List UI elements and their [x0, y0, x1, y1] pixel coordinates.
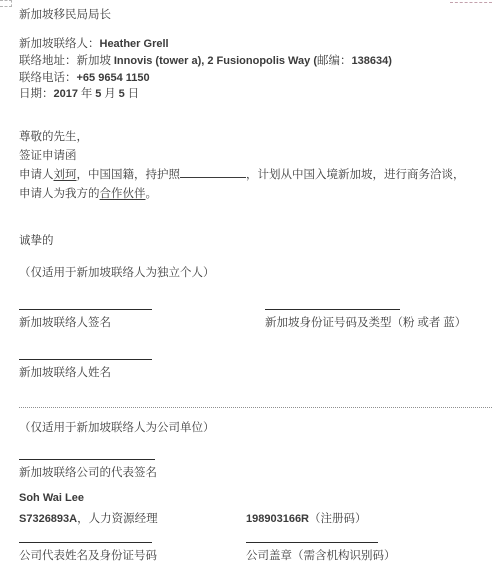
date-label: 日期：	[19, 88, 54, 100]
company-rep-id-line: S7326893A，人力资源经理	[19, 510, 158, 526]
company-reg-label: （注册码）	[309, 513, 367, 525]
company-rep-name: Soh Wai Lee	[19, 492, 84, 504]
company-rep-signature-block: 新加坡联络公司的代表签名	[19, 459, 155, 480]
salutation-text: 尊敬的先生，	[19, 131, 88, 143]
passport-number-blank	[180, 167, 246, 178]
contact-address-label: 联络地址：新加坡	[19, 55, 114, 67]
recipient-text: 新加坡移民局局长	[19, 9, 111, 21]
individual-signature-line	[19, 309, 152, 310]
contact-postal-label: 邮编：	[317, 55, 352, 67]
applicant-name: 刘珂	[54, 169, 77, 181]
section-divider	[19, 407, 492, 408]
contact-phone-label: 联络电话：	[19, 72, 77, 84]
contact-postal-value: 138634)	[351, 55, 391, 67]
salutation: 尊敬的先生，	[19, 128, 88, 144]
closing-text: 诚挚的	[19, 235, 54, 247]
body-prefix: 申请人	[19, 169, 54, 181]
company-stamp-line	[246, 542, 378, 543]
contact-address-value: Innovis (tower a), 2 Fusionopolis Way (	[114, 55, 317, 67]
company-rep-nameid-block: 公司代表姓名及身份证号码	[19, 542, 152, 563]
date-month-unit: 月	[101, 88, 118, 100]
company-rep-id: S7326893A	[19, 513, 77, 525]
body-period: 。	[146, 188, 158, 200]
individual-name-line	[19, 359, 152, 360]
body-plan: ，计划从中国入境新加坡，进行商务洽谈，	[246, 169, 465, 181]
contact-address-line: 联络地址：新加坡 Innovis (tower a), 2 Fusionopol…	[19, 52, 392, 68]
subject-text: 签证申请函	[19, 150, 77, 162]
body-line2-prefix: 申请人为我方的	[19, 188, 100, 200]
individual-name-label: 新加坡联络人姓名	[19, 364, 152, 380]
date-line: 日期：2017 年 5 月 5 日	[19, 85, 139, 101]
company-rep-name-line: Soh Wai Lee	[19, 492, 84, 504]
company-rep-title: ，人力资源经理	[77, 513, 158, 525]
company-reg-number: 198903166R	[246, 513, 309, 525]
closing: 诚挚的	[19, 232, 54, 248]
contact-person-value: Heather Grell	[100, 38, 169, 50]
margin-crop-mark-left	[0, 0, 12, 7]
company-rep-nameid-line	[19, 542, 152, 543]
date-day-unit: 日	[125, 88, 139, 100]
individual-signature-label: 新加坡联络人签名	[19, 314, 152, 330]
individual-name-block: 新加坡联络人姓名	[19, 359, 152, 380]
company-stamp-block: 公司盖章（需含机构识别码）	[246, 542, 378, 563]
company-note: （仅适用于新加坡联络人为公司单位）	[19, 419, 215, 435]
partner-text: 合作伙伴	[100, 188, 146, 200]
company-stamp-label: 公司盖章（需含机构识别码）	[246, 547, 378, 563]
contact-person-line: 新加坡联络人：Heather Grell	[19, 35, 169, 51]
contact-person-label: 新加坡联络人：	[19, 38, 100, 50]
contact-phone-value: +65 9654 1150	[77, 72, 150, 84]
individual-id-label: 新加坡身份证号码及类型（粉 或者 蓝）	[265, 314, 400, 330]
individual-note-text: （仅适用于新加坡联络人为独立个人）	[19, 267, 215, 279]
individual-id-line	[265, 309, 400, 310]
company-note-text: （仅适用于新加坡联络人为公司单位）	[19, 422, 215, 434]
company-rep-signature-line	[19, 459, 155, 460]
individual-id-block: 新加坡身份证号码及类型（粉 或者 蓝）	[265, 309, 400, 330]
date-year-unit: 年	[78, 88, 95, 100]
margin-crop-mark-right	[450, 2, 492, 3]
individual-note: （仅适用于新加坡联络人为独立个人）	[19, 264, 215, 280]
date-year: 2017	[54, 88, 78, 100]
body-nationality: ，中国国籍，持护照	[77, 169, 181, 181]
company-reg-line: 198903166R（注册码）	[246, 510, 367, 526]
body-line-2: 申请人为我方的合作伙伴。	[19, 185, 157, 201]
visa-letter-document: 新加坡移民局局长 新加坡联络人：Heather Grell 联络地址：新加坡 I…	[0, 0, 492, 574]
subject: 签证申请函	[19, 147, 77, 163]
individual-signature-block: 新加坡联络人签名	[19, 309, 152, 330]
recipient-line: 新加坡移民局局长	[19, 6, 111, 22]
contact-phone-line: 联络电话：+65 9654 1150	[19, 69, 150, 85]
company-rep-signature-label: 新加坡联络公司的代表签名	[19, 464, 155, 480]
company-rep-nameid-label: 公司代表姓名及身份证号码	[19, 547, 152, 563]
body-line-1: 申请人刘珂，中国国籍，持护照，计划从中国入境新加坡，进行商务洽谈，	[19, 166, 465, 182]
